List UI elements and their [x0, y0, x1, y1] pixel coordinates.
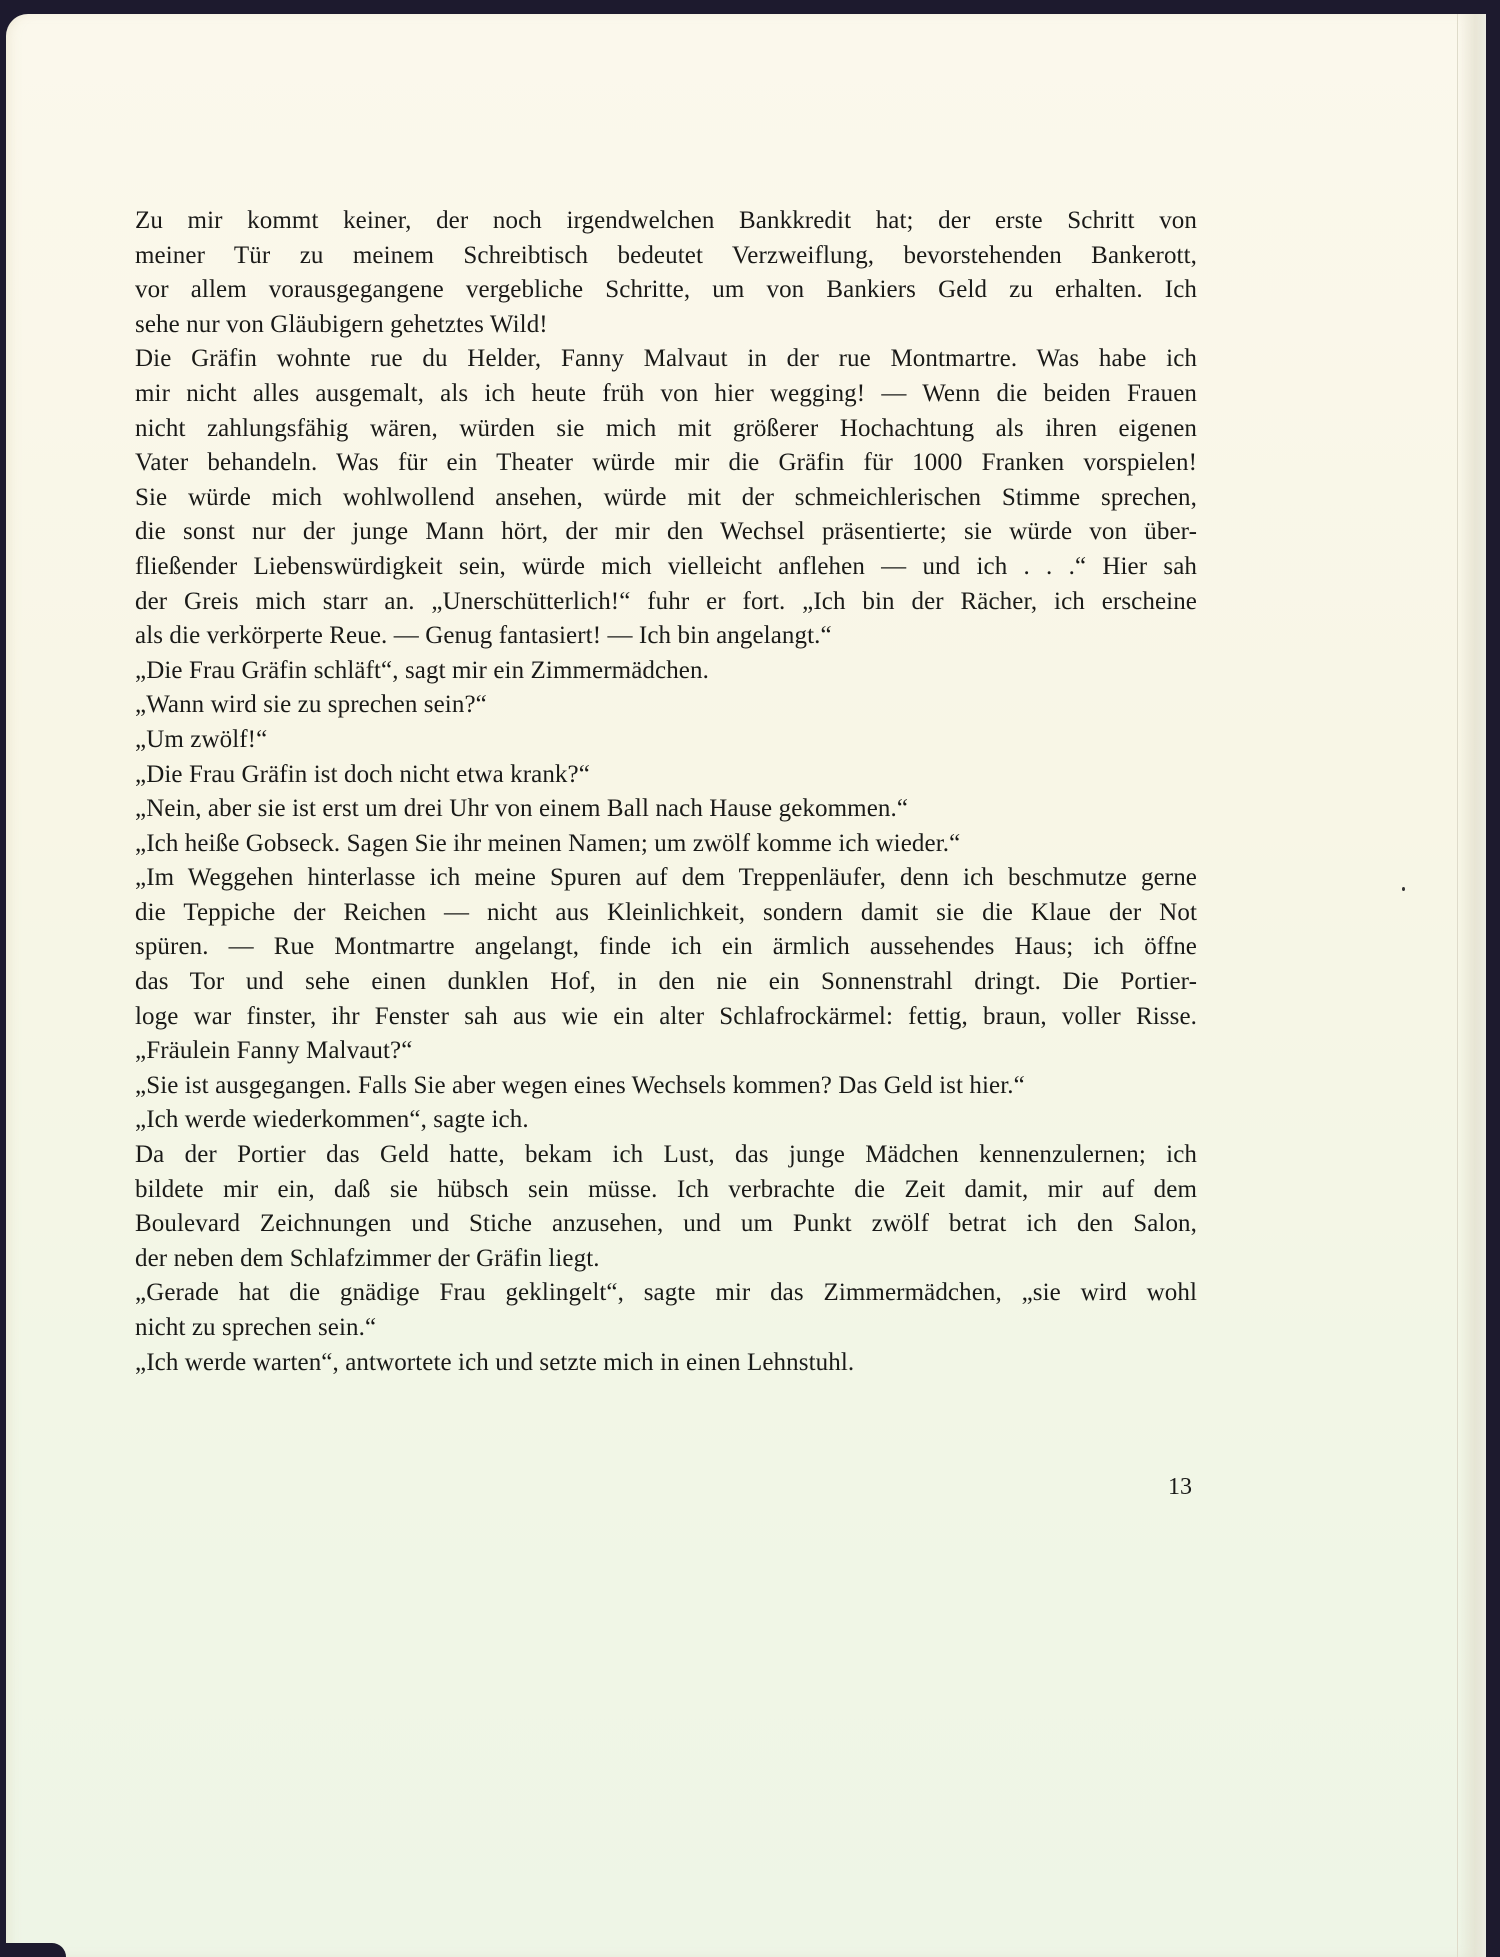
- text-line: „Wann wird sie zu sprechen sein?“: [135, 688, 1197, 723]
- text-line: vor allem vorausgegangene vergebliche Sc…: [135, 273, 1197, 308]
- page-fold-edge: [1457, 14, 1486, 1957]
- text-line: „Um zwölf!“: [135, 723, 1197, 758]
- page-corner: [6, 1943, 66, 1957]
- text-line: der Greis mich starr an. „Unerschütterli…: [135, 585, 1197, 620]
- text-line: mir nicht alles ausgemalt, als ich heute…: [135, 377, 1197, 412]
- text-line: „Die Frau Gräfin schläft“, sagt mir ein …: [135, 654, 1197, 689]
- text-line: spüren. — Rue Montmartre angelangt, find…: [135, 930, 1197, 965]
- text-line: nicht zu sprechen sein.“: [135, 1311, 1197, 1346]
- text-line: „Fräulein Fanny Malvaut?“: [135, 1034, 1197, 1069]
- text-line: Die Gräfin wohnte rue du Helder, Fanny M…: [135, 342, 1197, 377]
- text-line: Sie würde mich wohlwollend ansehen, würd…: [135, 481, 1197, 516]
- text-line: Zu mir kommt keiner, der noch irgendwelc…: [135, 204, 1197, 239]
- text-line: „Gerade hat die gnädige Frau geklingelt“…: [135, 1276, 1197, 1311]
- text-line: nicht zahlungsfähig wären, würden sie mi…: [135, 412, 1197, 447]
- text-line: „Im Weggehen hinterlasse ich meine Spure…: [135, 861, 1197, 896]
- text-line: der neben dem Schlafzimmer der Gräfin li…: [135, 1242, 1197, 1277]
- text-line: Da der Portier das Geld hatte, bekam ich…: [135, 1138, 1197, 1173]
- text-line: bildete mir ein, daß sie hübsch sein müs…: [135, 1173, 1197, 1208]
- text-line: „Die Frau Gräfin ist doch nicht etwa kra…: [135, 758, 1197, 793]
- text-line: loge war finster, ihr Fenster sah aus wi…: [135, 1000, 1197, 1035]
- text-line: Boulevard Zeichnungen und Stiche anzuseh…: [135, 1207, 1197, 1242]
- page-number: 13: [1168, 1474, 1192, 1501]
- body-text: Zu mir kommt keiner, der noch irgendwelc…: [135, 204, 1197, 1380]
- text-line: „Ich heiße Gobseck. Sagen Sie ihr meinen…: [135, 827, 1197, 862]
- text-line: die Teppiche der Reichen — nicht aus Kle…: [135, 896, 1197, 931]
- text-line: Vater behandeln. Was für ein Theater wür…: [135, 446, 1197, 481]
- text-line: „Nein, aber sie ist erst um drei Uhr von…: [135, 792, 1197, 827]
- text-line: als die verkörperte Reue. — Genug fantas…: [135, 619, 1197, 654]
- text-line: meiner Tür zu meinem Schreibtisch bedeut…: [135, 239, 1197, 274]
- text-line: die sonst nur der junge Mann hört, der m…: [135, 515, 1197, 550]
- text-line: „Ich werde wiederkommen“, sagte ich.: [135, 1103, 1197, 1138]
- text-line: fließender Liebenswürdigkeit sein, würde…: [135, 550, 1197, 585]
- paper-speck: [1402, 887, 1405, 891]
- text-line: „Sie ist ausgegangen. Falls Sie aber weg…: [135, 1069, 1197, 1104]
- text-line: das Tor und sehe einen dunklen Hof, in d…: [135, 965, 1197, 1000]
- text-line: sehe nur von Gläubigern gehetztes Wild!: [135, 308, 1197, 343]
- text-line: „Ich werde warten“, antwortete ich und s…: [135, 1346, 1197, 1381]
